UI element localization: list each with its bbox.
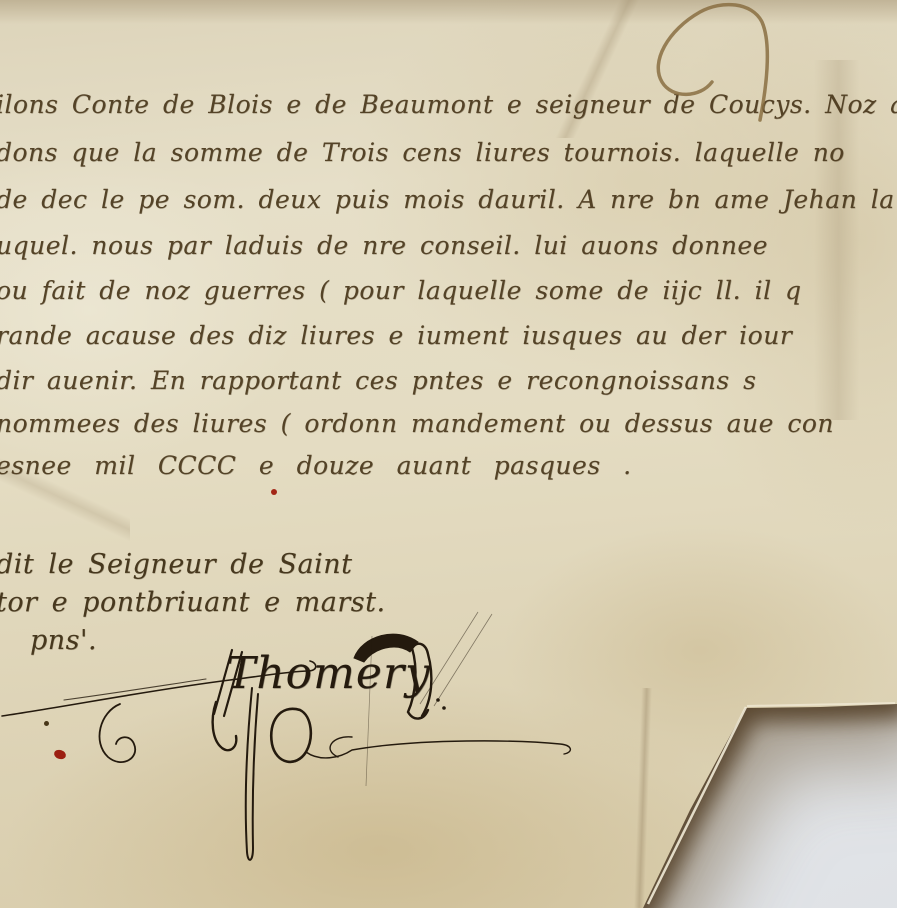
- manuscript-line: dir auenir. En rapportant ces pntes e re…: [0, 366, 756, 395]
- manuscript-line: ou fait de noz guerres ( pour laquelle s…: [0, 276, 802, 305]
- parchment-shadow-wrap: ilons Conte de Blois e de Beaumont e sei…: [0, 0, 897, 908]
- parchment-crease: [0, 430, 130, 560]
- manuscript-line: ilons Conte de Blois e de Beaumont e sei…: [0, 90, 897, 119]
- photograph: ilons Conte de Blois e de Beaumont e sei…: [0, 0, 897, 908]
- manuscript-line: uquel. nous par laduis de nre conseil. l…: [0, 231, 768, 260]
- manuscript-line: nommees des liures ( ordonn mandement ou…: [0, 409, 834, 438]
- closing-line: pns'.: [30, 625, 97, 656]
- parchment-crease: [626, 688, 660, 908]
- red-wax-dot: [271, 489, 277, 495]
- ink-dot: [44, 721, 49, 726]
- manuscript-line: rande acause des diz liures e iument ius…: [0, 321, 792, 350]
- signature-name: Thomery: [226, 648, 431, 699]
- red-wax-dot: [53, 748, 67, 760]
- parchment-crease: [0, 0, 897, 24]
- closing-line: tor e pontbriuant e marst.: [0, 587, 386, 618]
- manuscript-line: dons que la somme de Trois cens liures t…: [0, 138, 845, 167]
- parchment-document: ilons Conte de Blois e de Beaumont e sei…: [0, 0, 897, 908]
- closing-line: dit le Seigneur de Saint: [0, 549, 353, 580]
- manuscript-line: de dec le pe som. deux puis mois dauril.…: [0, 185, 895, 214]
- manuscript-line: esnee mil CCCC e douze auant pasques .: [0, 451, 632, 480]
